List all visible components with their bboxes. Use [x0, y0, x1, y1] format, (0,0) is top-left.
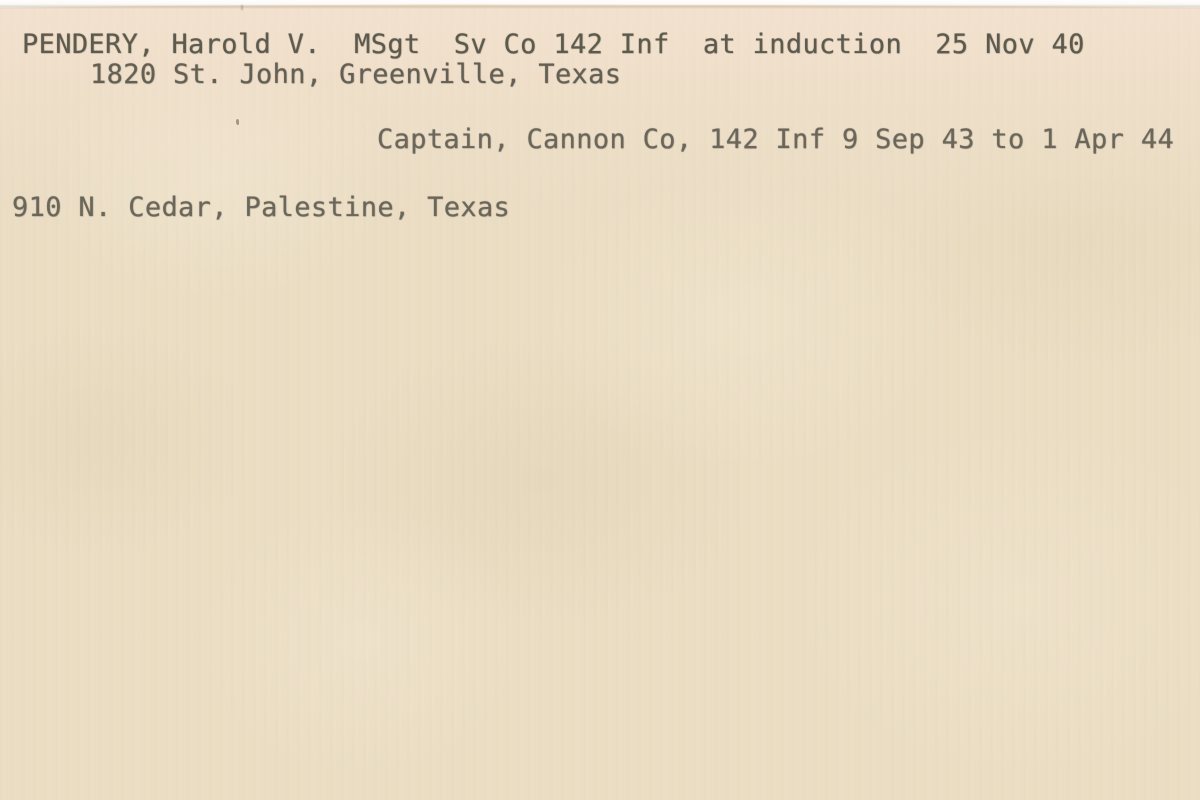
paper-speck — [236, 119, 239, 125]
card-line-later-address: 910 N. Cedar, Palestine, Texas — [12, 193, 510, 223]
card-line-induction-address: 1820 St. John, Greenville, Texas — [90, 60, 621, 90]
card-line-service-record: Captain, Cannon Co, 142 Inf 9 Sep 43 to … — [377, 125, 1174, 155]
card-top-edge-shadow — [0, 4, 1200, 9]
card-line-name-rank-unit: PENDERY, Harold V. MSgt Sv Co 142 Inf at… — [22, 30, 1085, 60]
index-card: PENDERY, Harold V. MSgt Sv Co 142 Inf at… — [0, 0, 1200, 800]
paper-speck — [241, 5, 243, 10]
